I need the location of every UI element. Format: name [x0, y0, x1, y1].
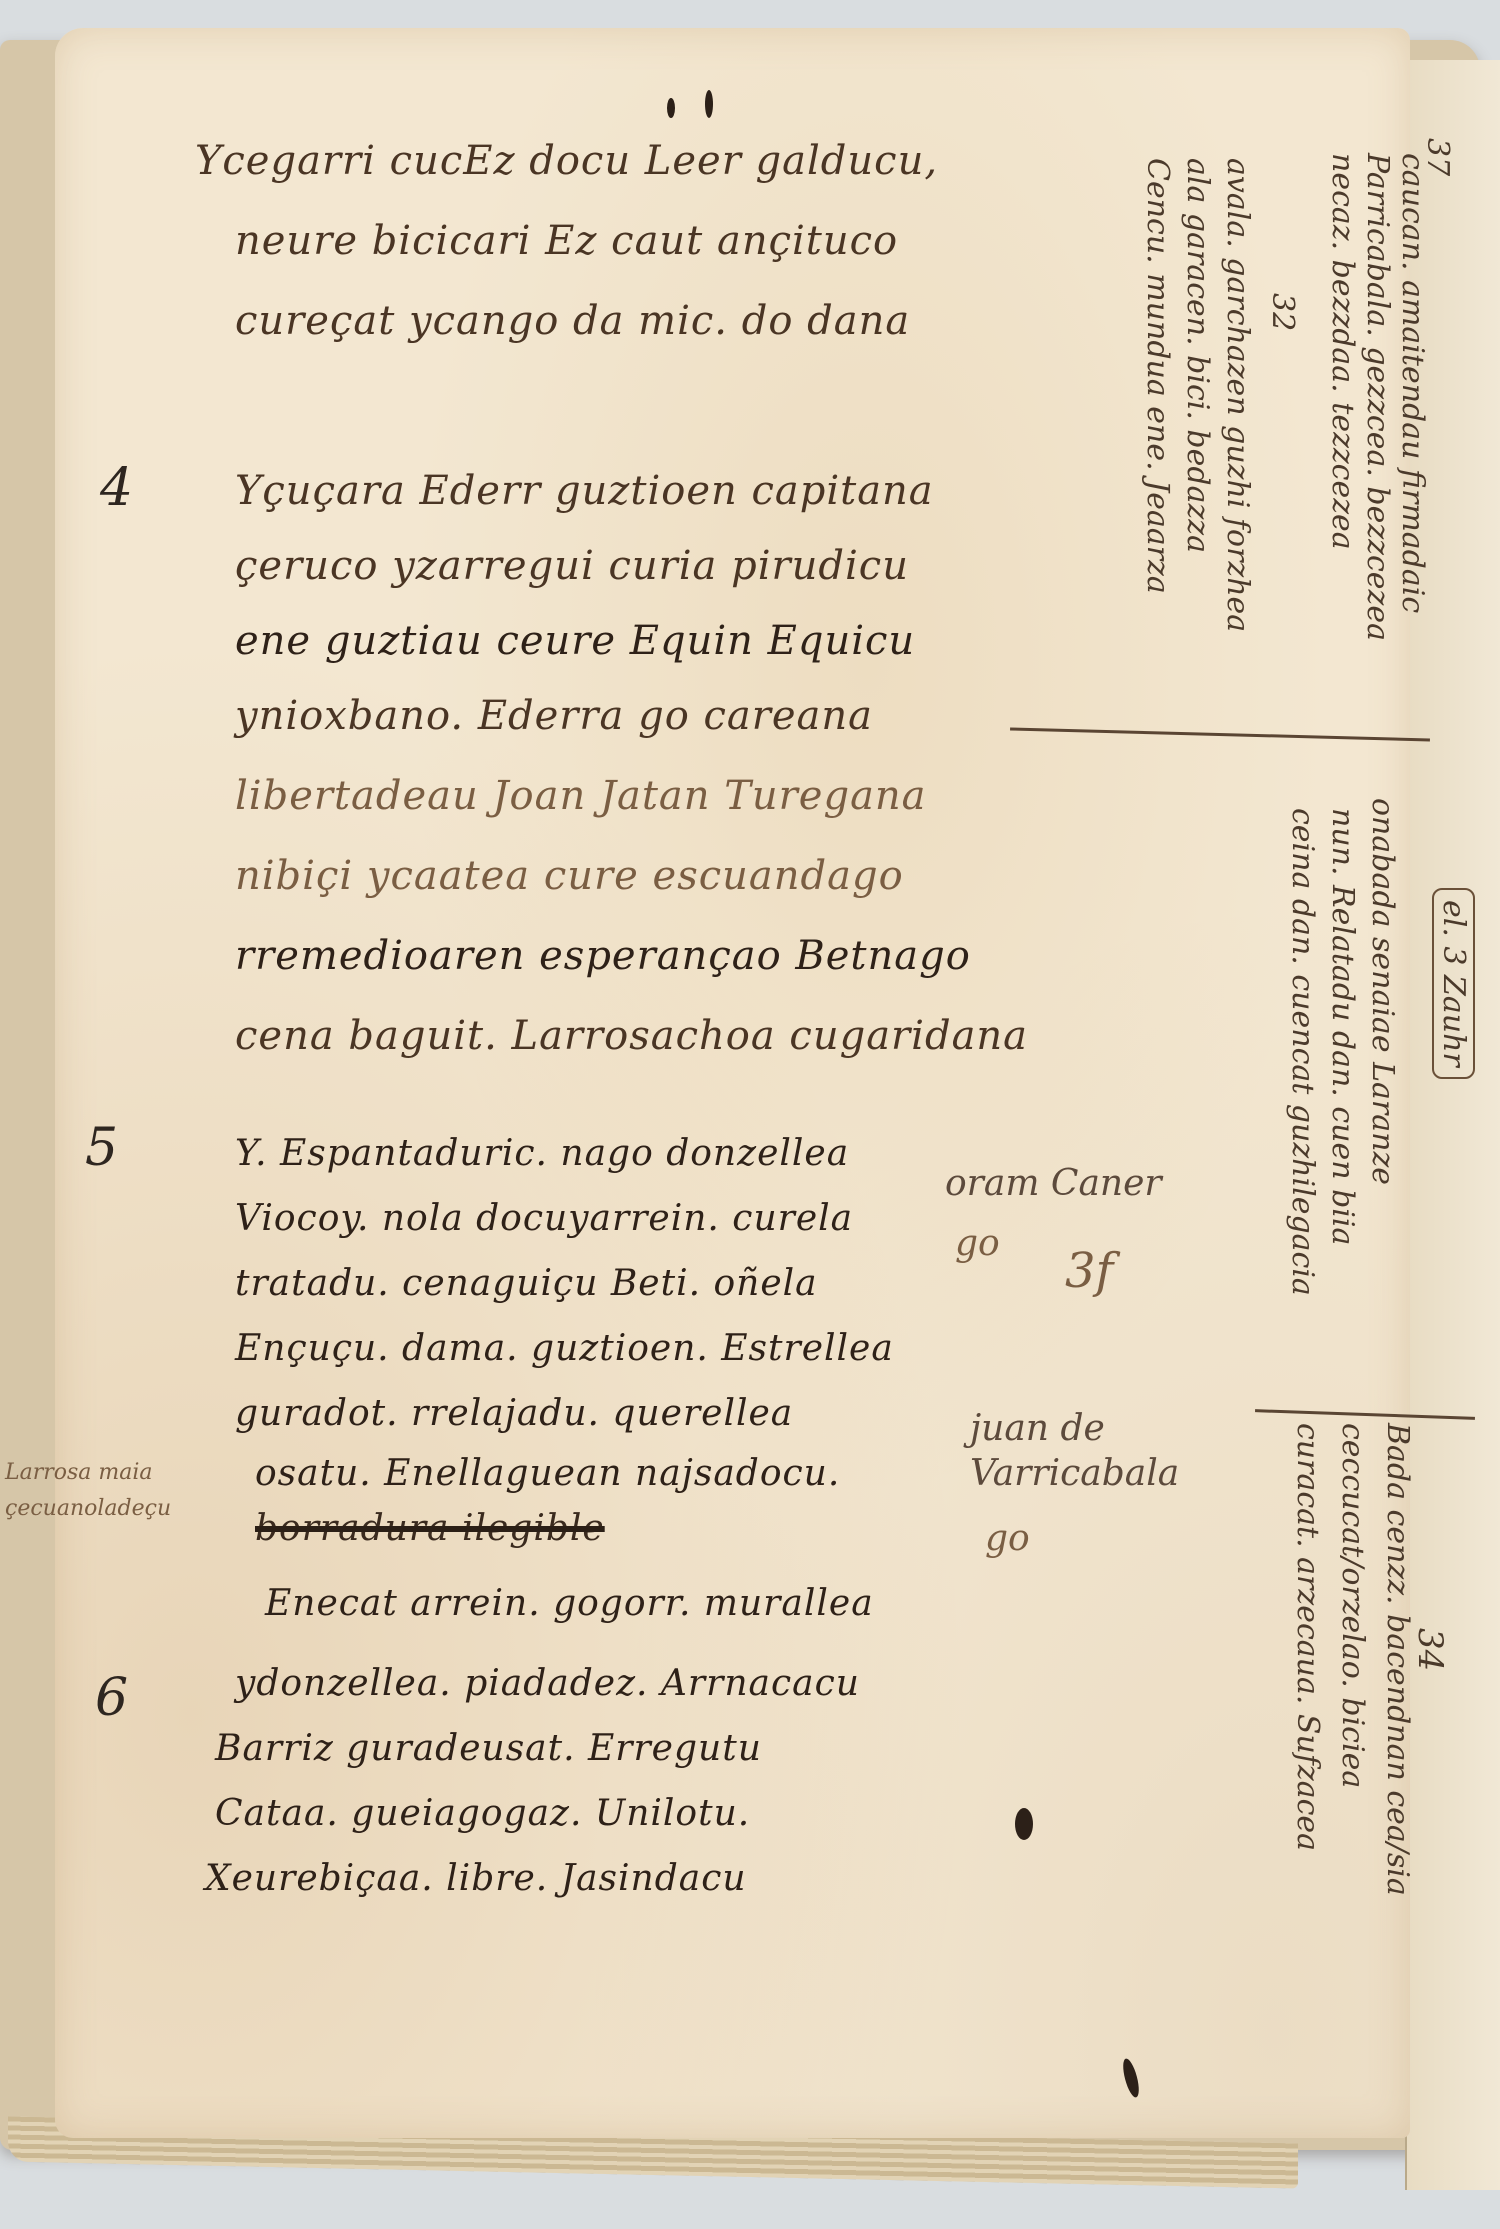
signature-flourish: 3f: [1065, 1243, 1113, 1299]
ink-blot: [705, 90, 713, 118]
margin-column-4-line: ceccucat/orzelao. biciea: [1335, 1423, 1370, 1788]
stanza-4-line: çeruco yzarregui curia pirudicu: [235, 543, 909, 589]
margin-column-1-line: Parricabala. gezzcea. bezzcezea: [1360, 153, 1395, 641]
stanza-number-5: 5: [85, 1118, 118, 1178]
margin-divider: [1010, 728, 1430, 742]
margin-column-3-line: ceina dan. cuencat guzhilegacia: [1285, 808, 1320, 1296]
stanza-4-line: nibiçi ycaatea cure escuandago: [235, 853, 904, 899]
stanza-number-6: 6: [95, 1668, 128, 1728]
signature-mark: go: [955, 1223, 1000, 1264]
signature-juan-de: juan de: [970, 1408, 1105, 1449]
margin-column-4-line: curacat. arzecaua. Sufzacea: [1290, 1423, 1325, 1851]
stanza-4-line: rremedioaren esperançao Betnago: [235, 933, 971, 979]
stanza-5-line: guradot. rrelajadu. querellea: [235, 1393, 793, 1434]
stanza-6-line: Cataa. gueiagogaz. Unilotu.: [215, 1793, 750, 1834]
stanza-5-line: Viocoy. nola docuyarrein. curela: [235, 1198, 853, 1239]
stanza-6-line: ydonzellea. piadadez. Arrnacacu: [235, 1663, 860, 1704]
signature-mark: go: [985, 1518, 1030, 1559]
stanza-number-4: 4: [100, 458, 133, 518]
margin-column-3-line: nun. Relatadu dan. cuen biia: [1325, 808, 1360, 1245]
margin-column-2-line: ala garacen. bici. bedazza: [1180, 158, 1215, 553]
ink-blot: [667, 98, 675, 118]
stanza-6-line: Xeurebiçaa. libre. Jasindacu: [205, 1858, 747, 1899]
left-margin-note-line-2: çecuanoladeçu: [5, 1496, 171, 1521]
stanza-5-last-line: Enecat arrein. gogorr. murallea: [265, 1583, 874, 1624]
margin-column-1-line: caucan. amaitendau firmadaic: [1395, 153, 1430, 613]
ink-blot: [1120, 2057, 1142, 2099]
left-margin-note-line-1: Larrosa maia: [5, 1460, 153, 1485]
opening-line-1: Ycegarri cucEz docu Leer galducu,: [195, 138, 938, 184]
stanza-4-line: ene guztiau ceure Equin Equicu: [235, 618, 915, 664]
ink-blot: [1015, 1808, 1033, 1840]
stanza-5-line: Y. Espantaduric. nago donzellea: [235, 1133, 849, 1174]
stanza-4-line: Yçuçara Ederr guztioen capitana: [235, 468, 934, 514]
margin-column-2-line: Cencu. mundua ene. Jeaarza: [1140, 158, 1175, 594]
manuscript-page: Ycegarri cucEz docu Leer galducu, neure …: [55, 28, 1410, 2138]
margin-column-1-line: necaz. bezzdaa. tezzcezea: [1325, 153, 1360, 550]
opening-line-3: cureçat ycango da mic. do dana: [235, 298, 910, 344]
margin-column-3-line: onabada senaiae Laranze: [1365, 798, 1400, 1185]
margin-column-2-page-number: 32: [1265, 293, 1300, 331]
signature-oram-caner: oram Caner: [945, 1163, 1162, 1204]
stanza-5-line: osatu. Enellaguean najsadocu.: [255, 1453, 840, 1494]
stanza-5-line: tratadu. cenaguiçu Beti. oñela: [235, 1263, 818, 1304]
stanza-4-line: cena baguit. Larrosachoa cugaridana: [235, 1013, 1028, 1059]
stanza-6-line: Barriz guradeusat. Erregutu: [215, 1728, 762, 1769]
opening-line-2: neure bicicari Ez caut ançituco: [235, 218, 898, 264]
margin-column-3-boxed-label: el. 3 Zauhr: [1432, 888, 1475, 1079]
signature-varricabala: Varricabala: [970, 1453, 1179, 1494]
stanza-5-line: Ençuçu. dama. guztioen. Estrellea: [235, 1328, 894, 1369]
margin-column-4-line: Bada cenzz. bacendnan cea/sia: [1380, 1423, 1415, 1896]
manuscript-scan: Ycegarri cucEz docu Leer galducu, neure …: [0, 0, 1500, 2229]
stanza-4-line: libertadeau Joan Jatan Turegana: [235, 773, 927, 819]
stanza-4-line: ynioxbano. Ederra go careana: [235, 693, 873, 739]
margin-column-2-line: avala. garchazen guzhi forzhea: [1220, 158, 1255, 632]
margin-column-4-page-number: 34: [1410, 1628, 1450, 1671]
struck-out-line: borradura ilegible: [255, 1508, 605, 1549]
